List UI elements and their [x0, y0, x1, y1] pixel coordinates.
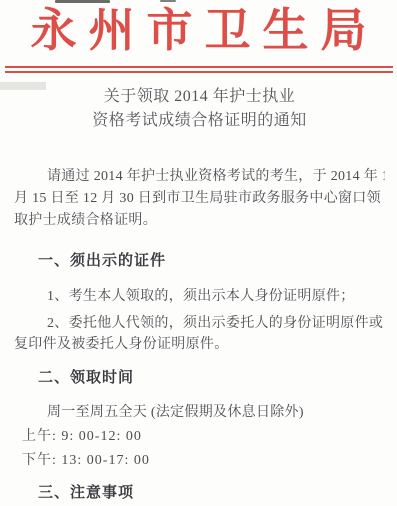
- section-1-item-2: 2、委托他人代领的，须出示委托人的身份证明原件或 复印件及被委托人身份证明原件。: [14, 313, 385, 355]
- section-3-heading: 三、注意事项: [14, 483, 385, 503]
- time-afternoon: 下午: 13: 00-17: 00: [14, 450, 385, 472]
- scan-artifact: [55, 0, 110, 3]
- intro-paragraph: 请通过 2014 年护士执业资格考试的考生，于 2014 年 10 月 15 日…: [14, 166, 385, 232]
- notice-title-line: 资格考试成绩合格证明的通知: [14, 109, 385, 133]
- section-2-heading: 二、领取时间: [14, 368, 385, 388]
- letterhead-divider: [5, 66, 393, 73]
- notice-title-line: 关于领取 2014 年护士执业: [14, 85, 385, 109]
- time-morning: 上午: 9: 00-12: 00: [14, 426, 385, 448]
- section-1-heading: 一、须出示的证件: [14, 251, 385, 271]
- notice-document: 永州市卫生局 关于领取 2014 年护士执业 资格考试成绩合格证明的通知 请通过…: [0, 0, 397, 506]
- intro-line: 月 15 日至 12 月 30 日到市卫生局驻市政务服务中心窗口领: [14, 188, 385, 210]
- scan-artifact: [160, 0, 176, 2]
- intro-line: 取护士成绩合格证明。: [14, 210, 385, 232]
- intro-line: 请通过 2014 年护士执业资格考试的考生，于 2014 年 10: [14, 166, 385, 188]
- letterhead: 永州市卫生局: [0, 5, 397, 73]
- agency-title: 永州市卫生局: [0, 5, 397, 57]
- item-line: 复印件及被委托人身份证明原件。: [14, 334, 385, 355]
- notice-body: 关于领取 2014 年护士执业 资格考试成绩合格证明的通知 请通过 2014 年…: [0, 85, 397, 503]
- item-line: 2、委托他人代领的，须出示委托人的身份证明原件或: [14, 313, 385, 334]
- item-line: 1、考生本人领取的，须出示本人身份证明原件；: [14, 286, 385, 308]
- section-1-item-1: 1、考生本人领取的，须出示本人身份证明原件；: [14, 286, 385, 308]
- notice-title: 关于领取 2014 年护士执业 资格考试成绩合格证明的通知: [14, 85, 385, 133]
- schedule-note: 周一至周五全天 (法定假期及休息日除外): [14, 402, 385, 424]
